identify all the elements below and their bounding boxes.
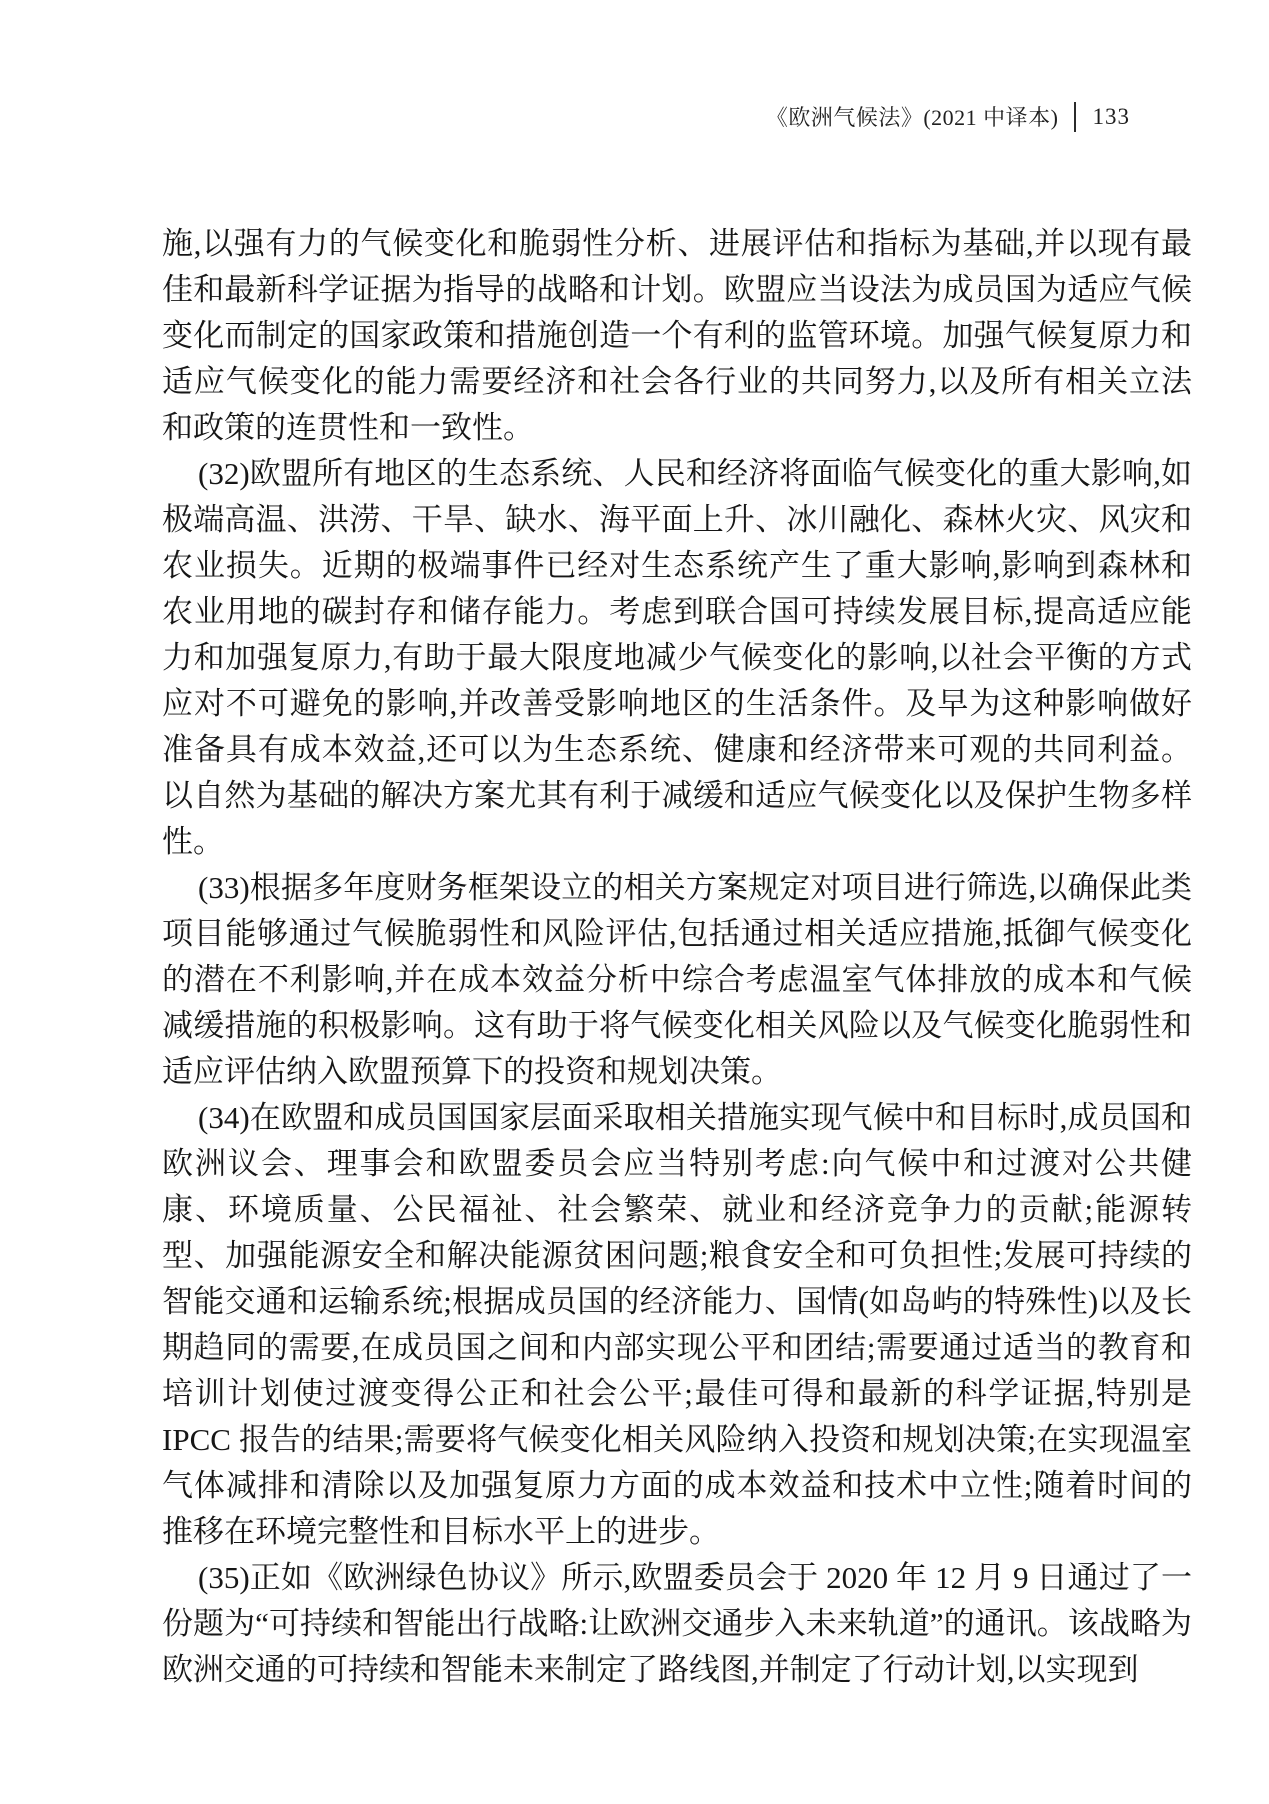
paragraph: (32)欧盟所有地区的生态系统、人民和经济将面临气候变化的重大影响,如极端高温、…: [162, 451, 1192, 865]
paragraph: 施,以强有力的气候变化和脆弱性分析、进展评估和指标为基础,并以现有最佳和最新科学…: [162, 221, 1192, 451]
page-number: 133: [1093, 104, 1131, 130]
header-divider: [1074, 102, 1076, 132]
book-page: 《欧洲气候法》(2021 中译本) 133 施,以强有力的气候变化和脆弱性分析、…: [0, 0, 1269, 1804]
running-header: 《欧洲气候法》(2021 中译本) 133: [766, 101, 1130, 132]
paragraph: (33)根据多年度财务框架设立的相关方案规定对项目进行筛选,以确保此类项目能够通…: [162, 865, 1192, 1095]
paragraph: (34)在欧盟和成员国国家层面采取相关措施实现气候中和目标时,成员国和欧洲议会、…: [162, 1095, 1192, 1555]
running-title: 《欧洲气候法》(2021 中译本): [766, 101, 1059, 132]
document-body: 施,以强有力的气候变化和脆弱性分析、进展评估和指标为基础,并以现有最佳和最新科学…: [162, 221, 1192, 1693]
paragraph: (35)正如《欧洲绿色协议》所示,欧盟委员会于 2020 年 12 月 9 日通…: [162, 1555, 1192, 1693]
